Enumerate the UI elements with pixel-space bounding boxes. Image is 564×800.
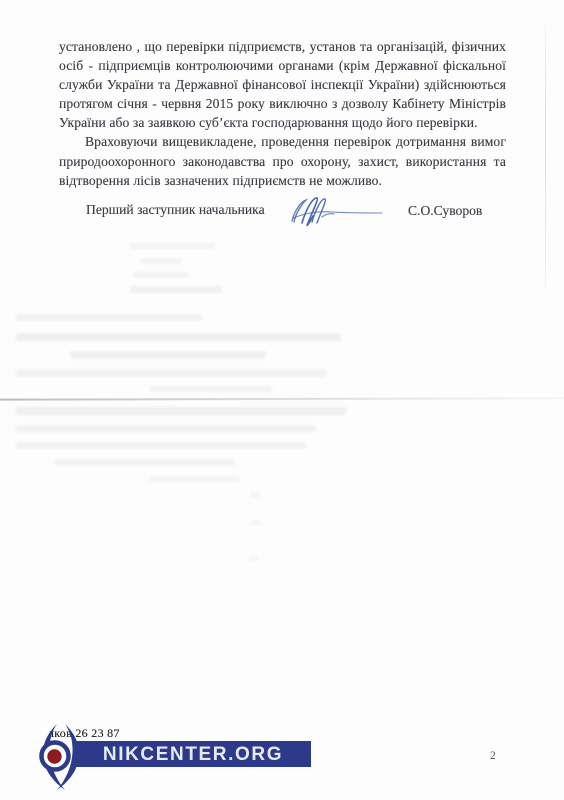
- body-line: служби України та Державної фінансової і…: [59, 75, 506, 94]
- body-line: відтворення лісів зазначених підприємств…: [59, 171, 506, 190]
- signer-title: Перший заступник начальника: [86, 202, 265, 218]
- body-line: осіб - підприємців контролюючими органам…: [59, 56, 506, 75]
- scan-edge-line: [545, 25, 546, 287]
- signature-block: Перший заступник начальника С.О.Суворов: [0, 196, 564, 236]
- page-number: 2: [490, 750, 496, 762]
- signer-name: С.О.Суворов: [408, 203, 482, 219]
- letter-body: установлено , що перевірки підприємств, …: [59, 37, 506, 190]
- scanned-letter-page: установлено , що перевірки підприємств, …: [0, 0, 564, 800]
- nikcenter-banner-text: NIKCENTER.ORG: [103, 744, 283, 764]
- body-line: природоохоронного законодавства про охор…: [59, 152, 506, 171]
- body-line: протягом січня - червня 2015 року виключ…: [59, 94, 506, 113]
- body-line: установлено , що перевірки підприємств, …: [59, 37, 506, 56]
- handwritten-signature: [286, 194, 398, 239]
- nikcenter-banner: NIKCENTER.ORG: [75, 741, 311, 767]
- body-line: Враховуючи вищевикладене, проведення пер…: [59, 132, 506, 151]
- body-line: України або за заявкою суб’єкта господар…: [59, 113, 506, 132]
- paper-fold-line: [0, 397, 564, 400]
